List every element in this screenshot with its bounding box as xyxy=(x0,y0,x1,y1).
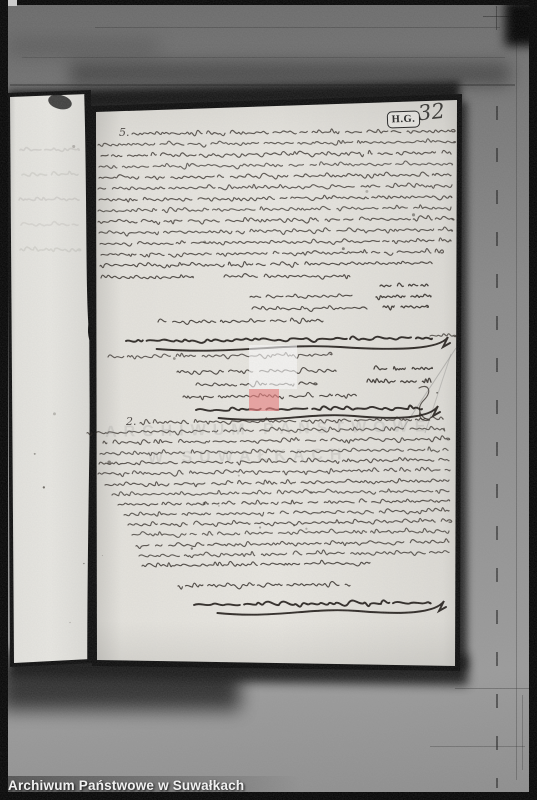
paper-speck xyxy=(72,145,75,148)
frame-edge-bottom xyxy=(0,792,537,800)
paper-speck xyxy=(342,247,345,250)
paper-speck xyxy=(203,502,206,505)
paper-speck xyxy=(102,555,103,556)
paper-speck xyxy=(83,563,84,564)
paper-speck xyxy=(218,505,220,507)
paper-speck xyxy=(53,412,56,415)
paper-speck xyxy=(238,475,240,477)
paper-speck xyxy=(191,547,193,549)
hg-stamp: H.G. xyxy=(387,110,421,128)
paper-speck xyxy=(107,460,111,464)
frame-edge-left xyxy=(0,0,8,800)
ghost-watermark-line2: W SUWAŁKACH xyxy=(148,446,349,467)
page-number-handwritten: 32 xyxy=(417,99,446,126)
frame-corner-chip xyxy=(8,0,17,6)
paper-speck xyxy=(259,526,261,528)
frame-edge-top xyxy=(0,0,537,5)
hg-stamp-label: H.G. xyxy=(392,114,416,126)
frame-edge-right xyxy=(529,0,537,800)
paper-speck xyxy=(412,213,415,216)
paper-speck xyxy=(203,241,206,244)
left-page-shading xyxy=(10,94,91,663)
paper-speck xyxy=(365,190,368,193)
paper-speck xyxy=(436,392,438,394)
paper-speck xyxy=(293,524,295,526)
archive-logo-watermark xyxy=(249,345,297,389)
archival-scan-viewer: H.G. 32 5. 2. ARCHIWUM PAŃSTWOWE W SUWAŁ… xyxy=(0,0,537,800)
paper-speck xyxy=(34,453,36,455)
paper-speck xyxy=(309,491,312,494)
paper-speck xyxy=(43,486,45,488)
archive-logo-watermark-red xyxy=(249,389,279,411)
paper-speck xyxy=(69,622,70,623)
entry-marker-5: 5. xyxy=(119,126,130,139)
paper-speck xyxy=(173,357,176,360)
paper-speck xyxy=(305,528,307,530)
